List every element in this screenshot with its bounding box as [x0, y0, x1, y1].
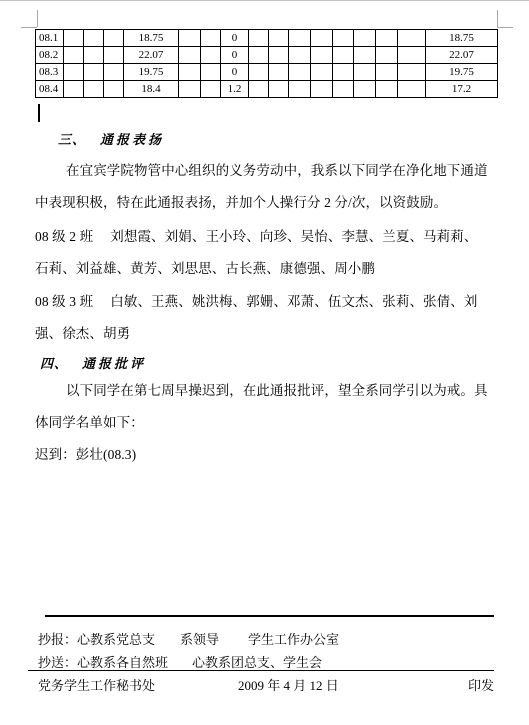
section-title: 通报批评	[82, 356, 146, 371]
cell-class-id[interactable]: 08.2	[36, 47, 64, 64]
margin-mark-left-horizontal	[21, 27, 37, 28]
margin-mark-left-vertical	[37, 10, 38, 27]
cell-empty[interactable]	[289, 64, 311, 81]
cell-empty[interactable]	[311, 47, 333, 64]
cc-send-label: 抄送：心教系各自然班	[38, 652, 168, 671]
commend-class3-names[interactable]: 08 级 3 班 白敏、王燕、姚洪梅、郭姗、邓萧、伍文杰、张莉、张倩、刘	[35, 293, 477, 311]
cell-deduction[interactable]: 0	[221, 30, 249, 47]
cell-deduction[interactable]: 1.2	[221, 81, 249, 98]
issue-label: 印发	[468, 675, 494, 694]
cc-report-item2: 学生工作办公室	[248, 629, 339, 648]
cell-score[interactable]: 22.07	[124, 47, 179, 64]
score-table: 08.1 18.75 0 18.75 08.2 22.07 0 22.07 08…	[35, 29, 498, 98]
cell-empty[interactable]	[398, 30, 426, 47]
cell-empty[interactable]	[64, 64, 84, 81]
cell-empty[interactable]	[201, 64, 221, 81]
cell-empty[interactable]	[249, 47, 269, 64]
cell-empty[interactable]	[104, 47, 124, 64]
cell-empty[interactable]	[104, 64, 124, 81]
cell-score[interactable]: 19.75	[124, 64, 179, 81]
cell-empty[interactable]	[354, 81, 376, 98]
cell-empty[interactable]	[249, 64, 269, 81]
table-row: 08.2 22.07 0 22.07	[36, 47, 498, 64]
cell-empty[interactable]	[269, 30, 289, 47]
cell-empty[interactable]	[84, 81, 104, 98]
late-student-line[interactable]: 迟到：彭壮(08.3)	[35, 446, 136, 464]
criticize-line-1[interactable]: 以下同学在第七周早操迟到，在此通报批评，望全系同学引以为戒。具	[66, 382, 488, 400]
cell-total[interactable]: 22.07	[426, 47, 498, 64]
cell-empty[interactable]	[289, 47, 311, 64]
cell-empty[interactable]	[201, 30, 221, 47]
cell-empty[interactable]	[289, 81, 311, 98]
margin-mark-right-horizontal	[497, 27, 513, 28]
cell-class-id[interactable]: 08.1	[36, 30, 64, 47]
commend-line-2[interactable]: 中表现积极，特在此通报表扬，并加个人操行分 2 分/次，以资鼓励。	[35, 194, 447, 212]
commend-class2-names-cont[interactable]: 石莉、刘益雄、黄芳、刘思思、古长燕、康德强、周小鹏	[35, 260, 375, 278]
footer-rule-thin	[28, 670, 494, 671]
commend-class3-names-cont[interactable]: 强、徐杰、胡勇	[35, 325, 130, 343]
cell-empty[interactable]	[84, 64, 104, 81]
cell-empty[interactable]	[64, 81, 84, 98]
cell-empty[interactable]	[311, 64, 333, 81]
cell-empty[interactable]	[311, 81, 333, 98]
cell-empty[interactable]	[311, 30, 333, 47]
cell-deduction[interactable]: 0	[221, 47, 249, 64]
cell-empty[interactable]	[333, 47, 354, 64]
cell-empty[interactable]	[249, 81, 269, 98]
cell-empty[interactable]	[269, 81, 289, 98]
cell-empty[interactable]	[289, 30, 311, 47]
cc-send-item1: 心教系团总支、学生会	[192, 652, 322, 671]
criticize-line-2[interactable]: 体同学名单如下：	[35, 414, 144, 432]
cc-report-label: 抄报：心教系党总支	[38, 629, 155, 648]
cell-empty[interactable]	[376, 30, 398, 47]
cell-empty[interactable]	[179, 30, 201, 47]
section-heading-criticize[interactable]: 四、通报批评	[40, 353, 146, 372]
cell-total[interactable]: 18.75	[426, 30, 498, 47]
cell-empty[interactable]	[179, 64, 201, 81]
cell-empty[interactable]	[398, 64, 426, 81]
cell-total[interactable]: 17.2	[426, 81, 498, 98]
section-title: 通报表扬	[100, 132, 164, 147]
cell-empty[interactable]	[64, 47, 84, 64]
cell-empty[interactable]	[376, 47, 398, 64]
footer-rule-thick	[45, 615, 494, 617]
cell-class-id[interactable]: 08.3	[36, 64, 64, 81]
cell-class-id[interactable]: 08.4	[36, 81, 64, 98]
issue-date: 2009 年 4 月 12 日	[238, 675, 339, 694]
cell-empty[interactable]	[104, 30, 124, 47]
cell-empty[interactable]	[398, 81, 426, 98]
cell-empty[interactable]	[201, 81, 221, 98]
cell-empty[interactable]	[179, 81, 201, 98]
cell-score[interactable]: 18.4	[124, 81, 179, 98]
cell-empty[interactable]	[354, 30, 376, 47]
cell-empty[interactable]	[64, 30, 84, 47]
issuer-office: 党务学生工作秘书处	[38, 675, 155, 694]
table-row: 08.1 18.75 0 18.75	[36, 30, 498, 47]
cell-empty[interactable]	[269, 64, 289, 81]
cell-empty[interactable]	[333, 30, 354, 47]
cell-total[interactable]: 19.75	[426, 64, 498, 81]
section-number: 四、	[40, 356, 68, 371]
cell-empty[interactable]	[179, 47, 201, 64]
table-row: 08.3 19.75 0 19.75	[36, 64, 498, 81]
cell-empty[interactable]	[333, 64, 354, 81]
cell-empty[interactable]	[398, 47, 426, 64]
commend-line-1[interactable]: 在宜宾学院物管中心组织的义务劳动中，我系以下同学在净化地下通道	[66, 162, 488, 180]
commend-class2-names[interactable]: 08 级 2 班 刘想霞、刘娟、王小玲、向珍、吴怡、李慧、兰夏、马莉莉、	[35, 228, 477, 246]
page-edge-line	[0, 0, 529, 1]
cell-empty[interactable]	[376, 81, 398, 98]
cell-deduction[interactable]: 0	[221, 64, 249, 81]
cell-empty[interactable]	[354, 47, 376, 64]
cell-empty[interactable]	[376, 64, 398, 81]
cell-empty[interactable]	[201, 47, 221, 64]
cell-empty[interactable]	[249, 30, 269, 47]
table-row: 08.4 18.4 1.2 17.2	[36, 81, 498, 98]
cell-empty[interactable]	[84, 30, 104, 47]
margin-mark-right-vertical	[497, 10, 498, 27]
section-number: 三、	[58, 132, 86, 147]
cc-report-item1: 系领导	[180, 629, 219, 648]
cell-empty[interactable]	[354, 64, 376, 81]
cell-empty[interactable]	[333, 81, 354, 98]
document-page[interactable]: 08.1 18.75 0 18.75 08.2 22.07 0 22.07 08…	[0, 0, 529, 725]
cell-empty[interactable]	[104, 81, 124, 98]
section-heading-commend[interactable]: 三、通报表扬	[58, 129, 164, 148]
cell-empty[interactable]	[269, 47, 289, 64]
cell-score[interactable]: 18.75	[124, 30, 179, 47]
cell-empty[interactable]	[84, 47, 104, 64]
text-cursor	[38, 104, 40, 122]
